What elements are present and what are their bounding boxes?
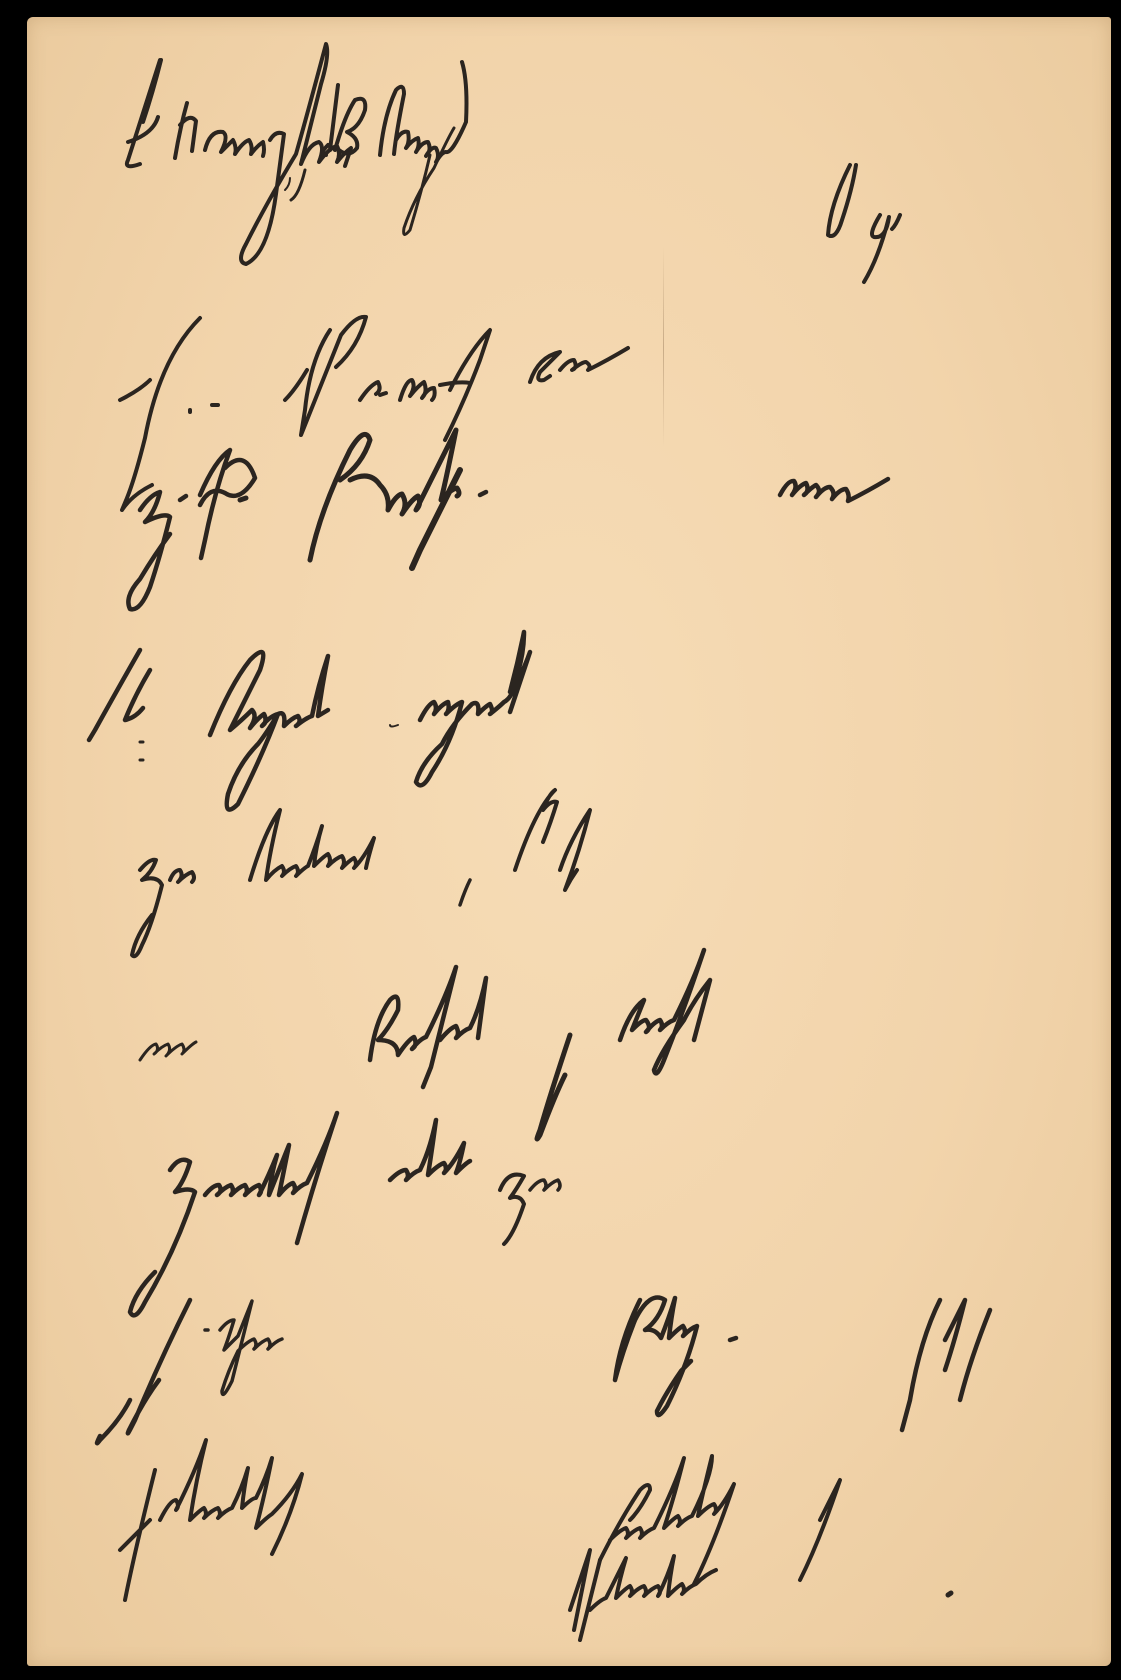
ink-body-8 bbox=[120, 1440, 302, 1600]
ink-dateline bbox=[127, 44, 467, 264]
ink-body-7 bbox=[97, 1298, 990, 1444]
ink-year bbox=[828, 165, 900, 282]
ink-body-4 bbox=[132, 790, 590, 956]
ink-signature bbox=[570, 1456, 951, 1640]
ink-body-5 bbox=[140, 950, 710, 1139]
ink-body-3 bbox=[89, 632, 530, 810]
handwriting-ink bbox=[0, 0, 1121, 1680]
ink-body-6 bbox=[130, 1113, 560, 1315]
ink-body-2 bbox=[128, 430, 888, 609]
